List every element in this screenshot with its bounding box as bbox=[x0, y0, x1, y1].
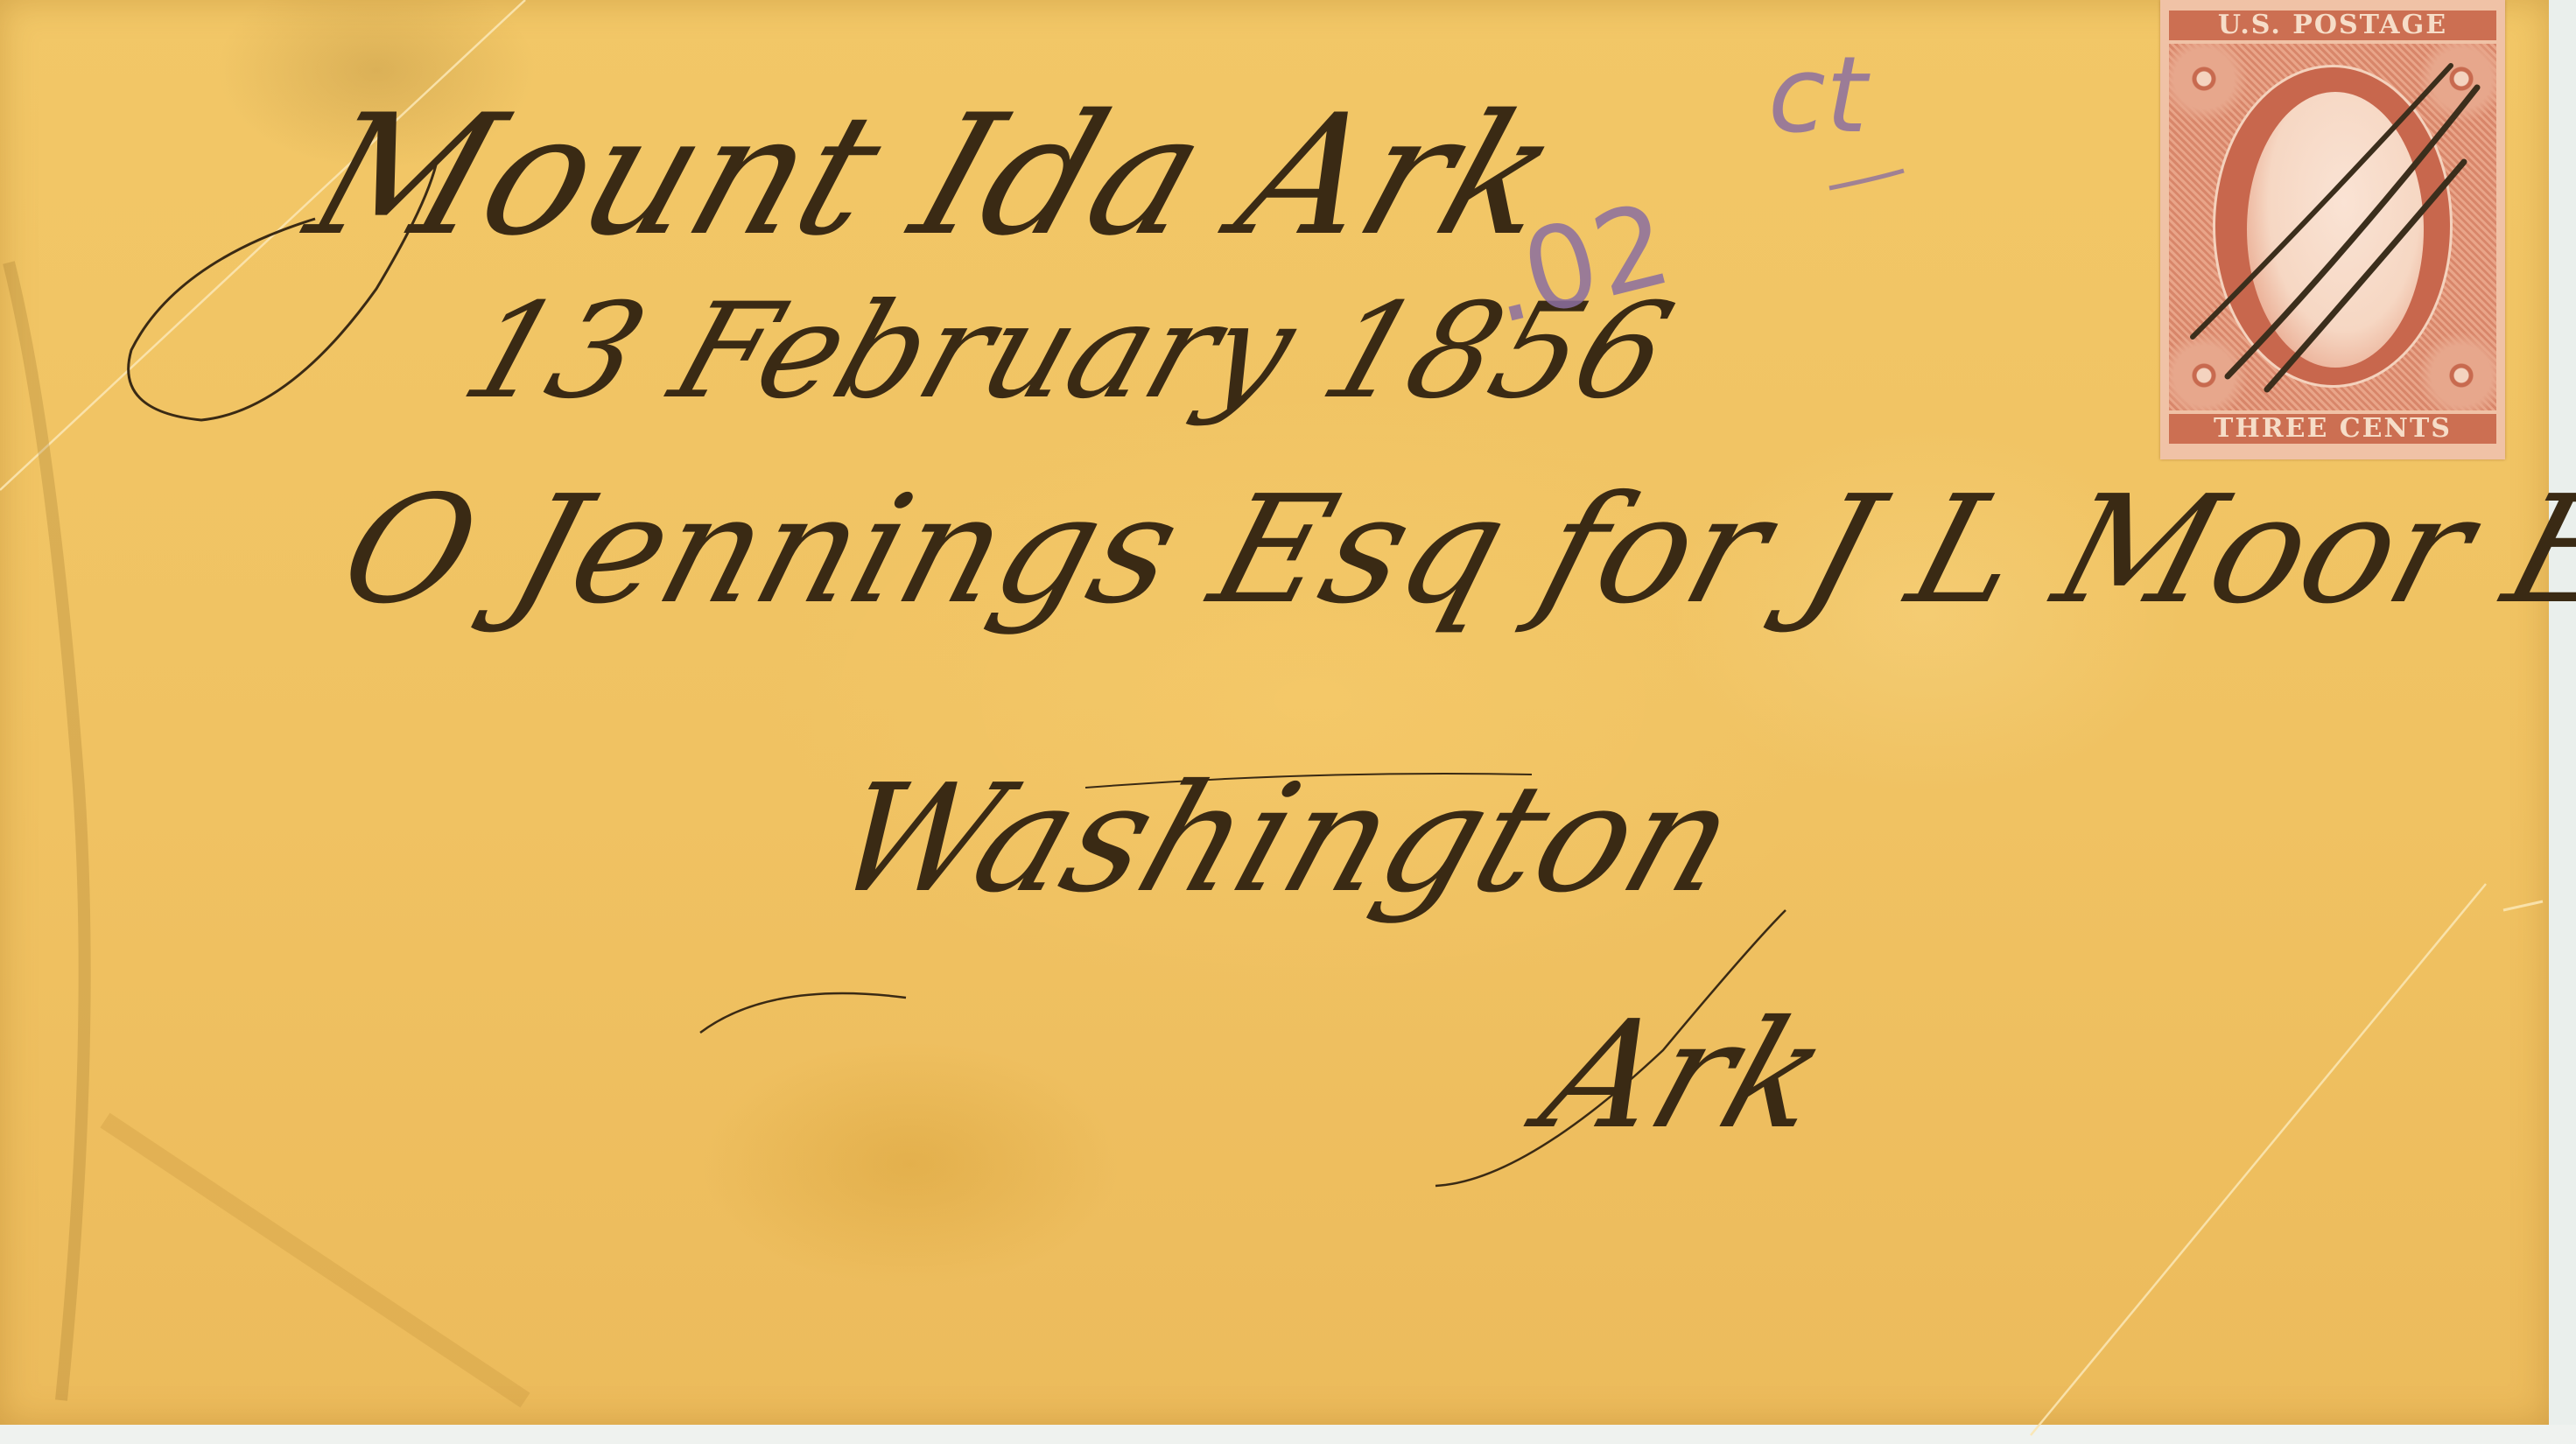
address-line-1: O Jennings Esq for J L Moor Esq bbox=[324, 464, 2576, 637]
address-line-3: Ark bbox=[1523, 989, 1848, 1162]
return-place: Mount Ida Ark bbox=[289, 79, 1581, 272]
docket-unit: ct bbox=[1768, 35, 1867, 157]
handwriting-layer: Mount Ida Ark 13 February 1856 .02 ct O … bbox=[0, 0, 2576, 1444]
address-line-2: Washington bbox=[814, 753, 1755, 926]
